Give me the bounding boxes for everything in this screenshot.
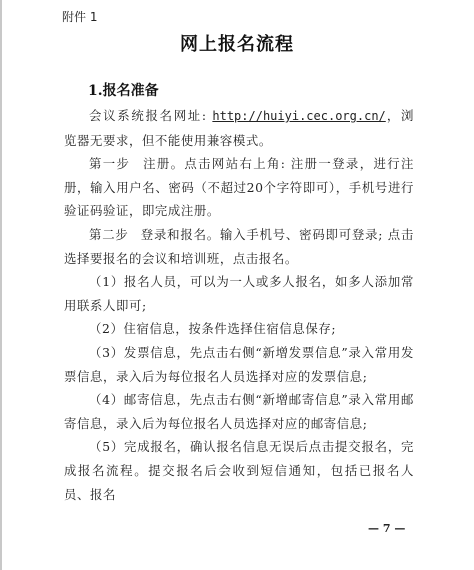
section-heading: 1.报名准备 xyxy=(88,80,159,100)
attachment-label: 附件 1 xyxy=(62,8,97,25)
step-label: 第二步 xyxy=(89,227,129,242)
list-item: （3）发票信息，先点击右侧“新增发票信息”录入常用发票信息，录入后为每位报名人员… xyxy=(64,341,414,388)
list-item: （2）住宿信息，按条件选择住宿信息保存; xyxy=(64,317,414,341)
paragraph-url: 会议系统报名网址: http://huiyi.cec.org.cn/，浏览器无要… xyxy=(64,104,414,152)
paragraph-step-1: 第一步注册。点击网站右上角: 注册一登录，进行注册，输入用户名、密码（不超过20… xyxy=(64,152,414,223)
page-number: — 7 — xyxy=(368,522,405,535)
step-label: 第一步 xyxy=(89,156,130,171)
list-item: （4）邮寄信息，先点击右侧“新增邮寄信息”录入常用邮寄信息，录入后为每位报名人员… xyxy=(64,388,414,435)
document-body: 会议系统报名网址: http://huiyi.cec.org.cn/，浏览器无要… xyxy=(64,104,414,506)
list-item: （1）报名人员，可以为一人或多人报名，如多人添加常用联系人即可; xyxy=(64,270,414,317)
paragraph-text: 会议系统报名网址: xyxy=(89,108,212,123)
paragraph-step-2: 第二步登录和报名。输入手机号、密码即可登录; 点击选择要报名的会议和培训班，点击… xyxy=(64,223,414,270)
page-title: 网上报名流程 xyxy=(0,30,474,56)
page-edge xyxy=(0,0,2,570)
list-item: （5）完成报名，确认报名信息无误后点击提交报名，完成报名流程。提交报名后会收到短… xyxy=(64,435,414,506)
registration-url-link[interactable]: http://huiyi.cec.org.cn/ xyxy=(212,109,385,123)
